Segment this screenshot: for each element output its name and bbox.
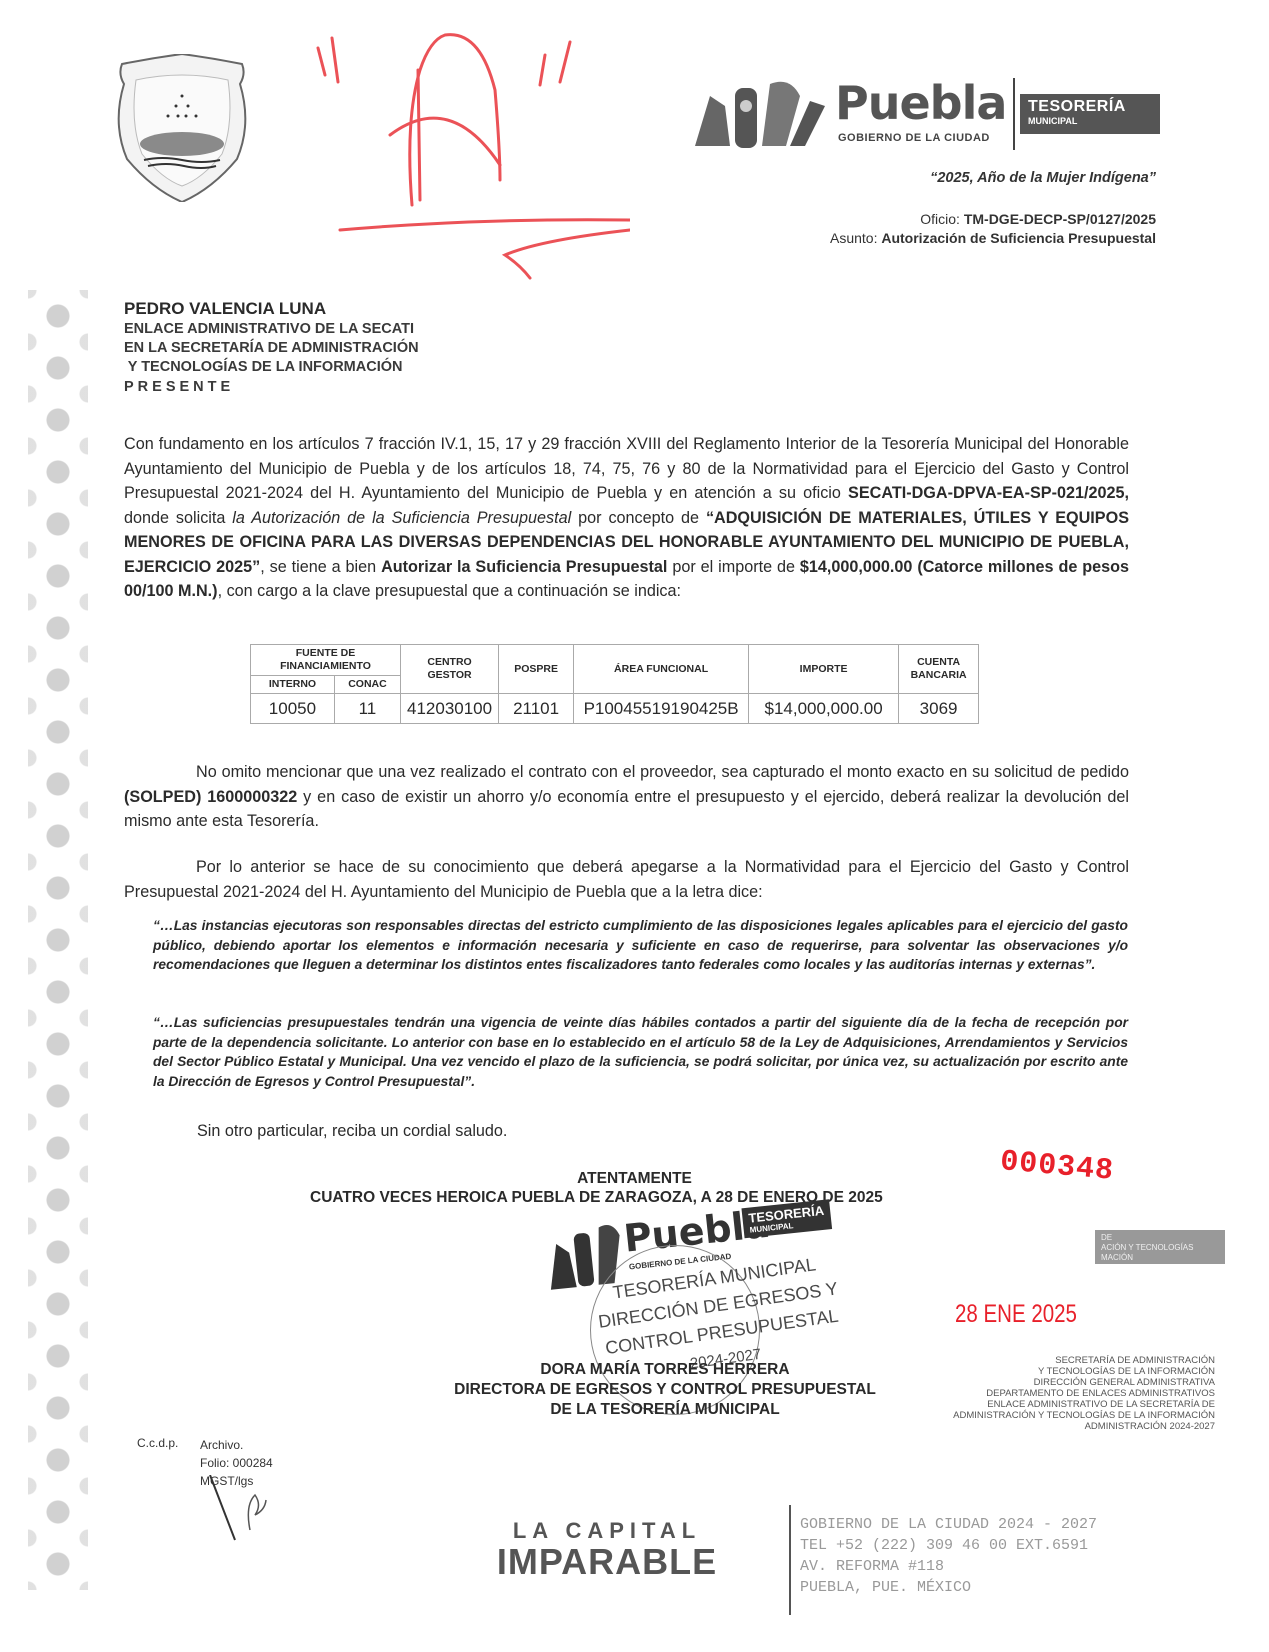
footer-contact: GOBIERNO DE LA CIUDAD 2024 - 2027 TEL +5…: [800, 1514, 1097, 1598]
cell-area-funcional: P10045519190425B: [574, 694, 749, 724]
footer-divider: [789, 1505, 791, 1615]
secati-reception-stamp: SECRETARÍA DE ADMINISTRACIÓN Y TECNOLOGÍ…: [935, 1355, 1215, 1432]
handwritten-a-mark: [300, 30, 630, 280]
department-subname: MUNICIPAL: [1028, 116, 1152, 126]
recipient-title-line: EN LA SECRETARÍA DE ADMINISTRACIÓN: [124, 339, 419, 358]
decorative-side-border: [28, 290, 88, 1590]
header-fuente: FUENTE DE FINANCIAMIENTO: [251, 645, 401, 676]
header-importe: IMPORTE: [749, 645, 899, 694]
footer-address: AV. REFORMA #118: [800, 1556, 1097, 1577]
header-conac: CONAC: [334, 676, 400, 694]
asunto-line: Asunto: Autorización de Suficiencia Pres…: [830, 230, 1156, 246]
city-shield-emblem: [112, 54, 252, 202]
header-area-funcional: ÁREA FUNCIONAL: [574, 645, 749, 694]
quote-instancias: “…Las instancias ejecutoras son responsa…: [153, 916, 1128, 975]
cell-importe: $14,000,000.00: [749, 694, 899, 724]
cc-label: C.c.d.p.: [137, 1436, 178, 1450]
oficio-number: TM-DGE-DECP-SP/0127/2025: [964, 211, 1156, 227]
secati-logo-stamp: DE ACIÓN Y TECNOLOGÍAS MACIÓN: [1095, 1230, 1225, 1264]
cell-pospre: 21101: [499, 694, 574, 724]
signer-title-2: DE LA TESORERÍA MUNICIPAL: [420, 1400, 910, 1420]
paragraph-authorization: Con fundamento en los artículos 7 fracci…: [124, 432, 1129, 604]
folio-number: Folio: 000284: [200, 1454, 273, 1472]
solped-number: (SOLPED) 1600000322: [124, 788, 297, 806]
cell-interno: 10050: [251, 694, 335, 724]
received-date-stamp: 28 ENE 2025: [955, 1300, 1077, 1329]
cell-cuenta-bancaria: 3069: [899, 694, 979, 724]
puebla-skyline-icon: [690, 76, 830, 156]
footer-phone: TEL +52 (222) 309 46 00 EXT.6591: [800, 1535, 1097, 1556]
recipient-title-line: ENLACE ADMINISTRATIVO DE LA SECATI: [124, 320, 419, 339]
asunto-value: Autorización de Suficiencia Presupuestal: [881, 230, 1156, 246]
quote-vigencia: “…Las suficiencias presupuestales tendrá…: [153, 1013, 1128, 1091]
paragraph-normatividad: Por lo anterior se hace de su conocimien…: [124, 855, 1129, 904]
department-name: TESORERÍA: [1028, 98, 1152, 116]
paragraph-solped: No omito mencionar que una vez realizado…: [124, 760, 1129, 834]
logo-divider: [1013, 78, 1015, 150]
slogan-line-2: IMPARABLE: [477, 1544, 737, 1580]
footer-slogan-logo: LA CAPITAL IMPARABLE: [477, 1518, 737, 1580]
header-logo: Puebla GOBIERNO DE LA CIUDAD TESORERÍA M…: [690, 76, 1160, 156]
signer-name: DORA MARÍA TORRES HERRERA: [420, 1360, 910, 1380]
salutation: PRESENTE: [124, 377, 419, 397]
department-badge: TESORERÍA MUNICIPAL: [1020, 94, 1160, 134]
table-row: 10050 11 412030100 21101 P10045519190425…: [251, 694, 979, 724]
oficio-label: Oficio:: [920, 211, 960, 227]
signer-block: DORA MARÍA TORRES HERRERA DIRECTORA DE E…: [420, 1360, 910, 1420]
year-motto: “2025, Año de la Mujer Indígena”: [930, 170, 1156, 186]
cell-centro-gestor: 412030100: [401, 694, 499, 724]
logo-city-name: Puebla: [835, 76, 1006, 130]
footer-city: PUEBLA, PUE. MÉXICO: [800, 1577, 1097, 1598]
signer-title: DIRECTORA DE EGRESOS Y CONTROL PRESUPUES…: [420, 1380, 910, 1400]
recipient-block: PEDRO VALENCIA LUNA ENLACE ADMINISTRATIV…: [124, 298, 419, 397]
logo-subtitle: GOBIERNO DE LA CIUDAD: [838, 132, 990, 144]
header-interno: INTERNO: [251, 676, 335, 694]
initials-signature: [200, 1475, 270, 1545]
oficio-reference: Oficio: TM-DGE-DECP-SP/0127/2025: [920, 211, 1156, 227]
recipient-title-line: Y TECNOLOGÍAS DE LA INFORMACIÓN: [124, 358, 419, 377]
reference-oficio: SECATI-DGA-DPVA-EA-SP-021/2025,: [848, 484, 1129, 502]
closing-salutation: Sin otro particular, reciba un cordial s…: [197, 1122, 507, 1141]
header-centro-gestor: CENTRO GESTOR: [401, 645, 499, 694]
cell-conac: 11: [334, 694, 400, 724]
recipient-name: PEDRO VALENCIA LUNA: [124, 298, 419, 320]
budget-key-table: FUENTE DE FINANCIAMIENTO CENTRO GESTOR P…: [250, 644, 979, 724]
header-cuenta-bancaria: CUENTA BANCARIA: [899, 645, 979, 694]
header-pospre: POSPRE: [499, 645, 574, 694]
asunto-label: Asunto:: [830, 230, 877, 246]
